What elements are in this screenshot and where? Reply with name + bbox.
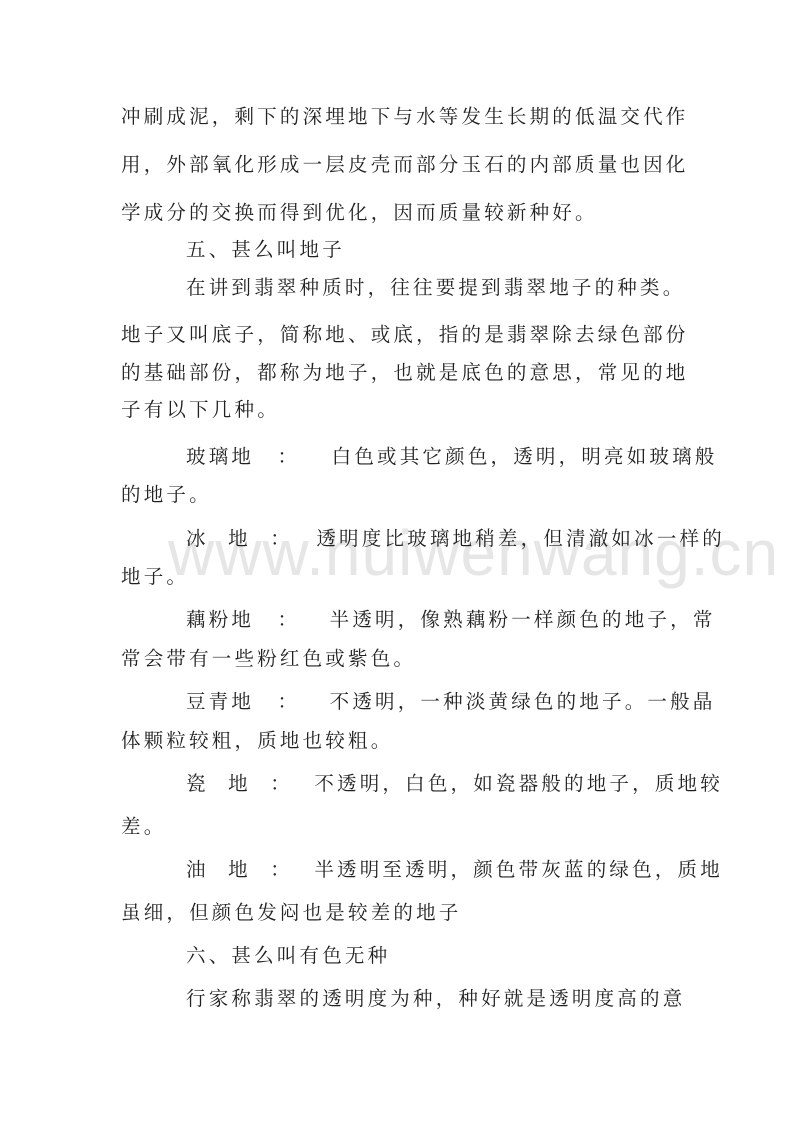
definition-text: 半透明，像熟藕粉一样颜色的地子，常	[330, 608, 716, 631]
paragraph-line: 地子又叫底子，简称地、或底，指的是翡翠除去绿色部份	[121, 323, 689, 347]
definition-term: 油 地	[186, 858, 251, 882]
definition-term: 豆青地	[186, 690, 254, 714]
paragraph-line: 常会带有一些粉红色或紫色。	[121, 647, 416, 671]
paragraph-line: 体颗粒较粗，质地也较粗。	[121, 729, 393, 753]
definition-separator: ：	[270, 858, 293, 882]
definition-item: 玻璃地 ： 白色或其它颜色，透明，明亮如玻璃般	[186, 445, 718, 469]
paragraph-line: 的地子。	[121, 483, 212, 507]
paragraph-line: 用，外部氧化形成一层皮壳而部分玉石的内部质量也因化	[121, 153, 689, 177]
paragraph-line: 行家称翡翠的透明度为种，种好就是透明度高的意	[186, 987, 685, 1011]
definition-item: 冰 地 ： 透明度比玻璃地稍差，但清澈如冰一样的	[186, 527, 725, 551]
paragraph-line: 差。	[121, 815, 166, 839]
definition-term: 玻璃地	[186, 445, 254, 469]
definition-item: 油 地 ： 半透明至透明，颜色带灰蓝的绿色，质地	[186, 858, 723, 882]
definition-term: 冰 地	[186, 527, 251, 551]
definition-term: 藕粉地	[186, 608, 254, 632]
section-heading: 六、甚么叫有色无种	[186, 944, 390, 968]
definition-text: 不透明，一种淡黄绿色的地子。一般晶	[330, 690, 716, 713]
definition-separator: ：	[278, 608, 301, 632]
paragraph-line: 子有以下几种。	[121, 398, 280, 422]
section-heading: 五、甚么叫地子	[186, 238, 345, 262]
definition-text: 透明度比玻璃地稍差，但清澈如冰一样的	[316, 527, 725, 550]
paragraph-line: 冲刷成泥，剩下的深埋地下与水等发生长期的低温交代作	[121, 105, 689, 129]
definition-separator: ：	[278, 445, 301, 469]
paragraph-line: 学成分的交换而得到优化，因而质量较新种好。	[121, 201, 598, 225]
definition-text: 半透明至透明，颜色带灰蓝的绿色，质地	[314, 858, 723, 881]
paragraph-line: 虽细，但颜色发闷也是较差的地子	[121, 901, 462, 925]
definition-item: 藕粉地 ： 半透明，像熟藕粉一样颜色的地子，常	[186, 608, 716, 632]
definition-item: 豆青地 ： 不透明，一种淡黄绿色的地子。一般晶	[186, 690, 716, 714]
definition-term: 瓷 地	[186, 772, 251, 796]
paragraph-line: 地子。	[121, 565, 189, 589]
definition-text: 不透明，白色，如瓷器般的地子，质地较	[314, 772, 723, 795]
definition-separator: ：	[278, 690, 301, 714]
document-page: www.huiwenwang.cn 冲刷成泥，剩下的深埋地下与水等发生长期的低温…	[0, 0, 800, 1132]
definition-item: 瓷 地 ： 不透明，白色，如瓷器般的地子，质地较	[186, 772, 723, 796]
definition-separator: ：	[270, 527, 293, 551]
definition-separator: ：	[270, 772, 293, 796]
paragraph-line: 在讲到翡翠种质时，往往要提到翡翠地子的种类。	[186, 276, 685, 300]
paragraph-line: 的基础部份，都称为地子，也就是底色的意思，常见的地	[121, 361, 689, 385]
definition-text: 白色或其它颜色，透明，明亮如玻璃般	[332, 445, 718, 468]
